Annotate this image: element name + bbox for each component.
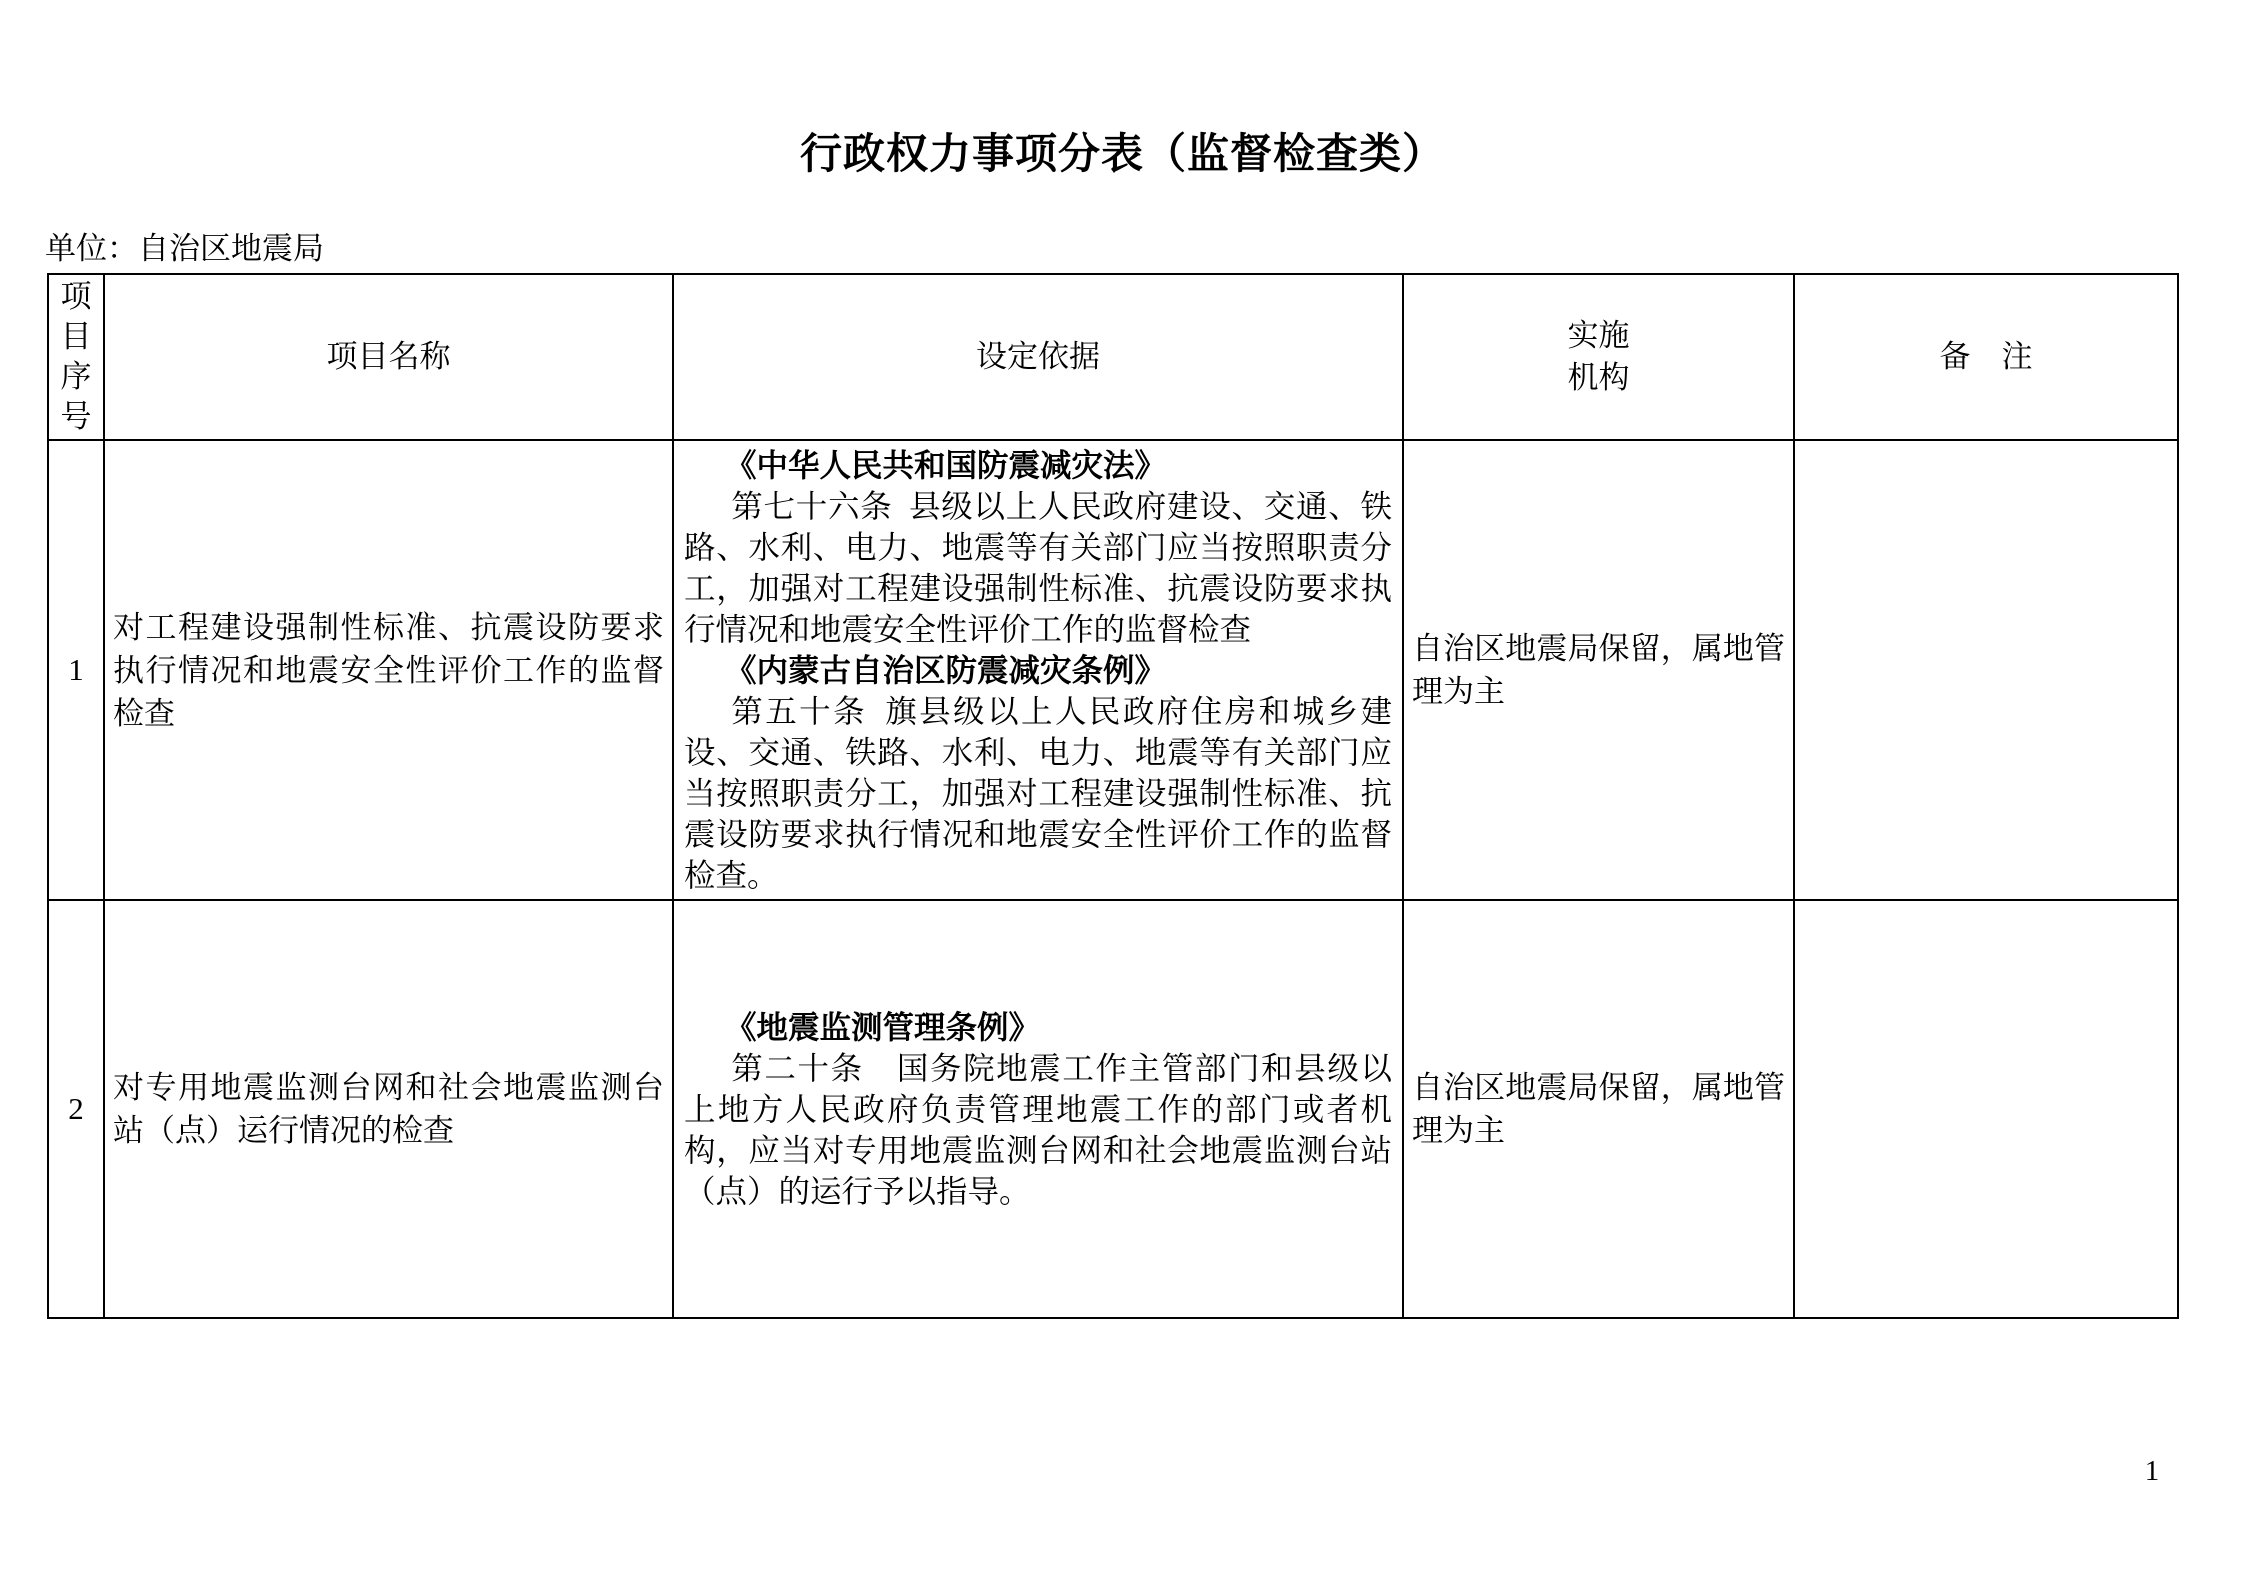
article-text: 第五十条 旗县级以上人民政府住房和城乡建设、交通、铁路、水利、电力、地震等有关部…: [684, 691, 1392, 896]
agency-cell: 自治区地震局保留，属地管理为主: [1403, 900, 1794, 1318]
header-agency: 实施 机构: [1403, 274, 1794, 440]
page-title: 行政权力事项分表（监督检查类）: [0, 132, 2245, 178]
index-cell: 1: [48, 440, 104, 900]
index-cell: 2: [48, 900, 104, 1318]
unit-label: 单位：自治区地震局: [45, 230, 324, 267]
basis-cell: 《中华人民共和国防震减灾法》 第七十六条 县级以上人民政府建设、交通、铁路、水利…: [673, 440, 1403, 900]
document-page: 行政权力事项分表（监督检查类） 单位：自治区地震局 项目序号 项目名称 设定依据…: [0, 0, 2245, 1587]
header-index: 项目序号: [48, 274, 104, 440]
header-remark: 备 注: [1794, 274, 2178, 440]
basis-cell: 《地震监测管理条例》 第二十条 国务院地震工作主管部门和县级以上地方人民政府负责…: [673, 900, 1403, 1318]
article-text: 第二十条 国务院地震工作主管部门和县级以上地方人民政府负责管理地震工作的部门或者…: [684, 1048, 1392, 1212]
items-table: 项目序号 项目名称 设定依据 实施 机构 备 注 1 对工程建设强制性标准、抗震…: [47, 273, 2179, 1319]
table-row: 2 对专用地震监测台网和社会地震监测台站（点）运行情况的检查 《地震监测管理条例…: [48, 900, 2178, 1318]
header-basis: 设定依据: [673, 274, 1403, 440]
agency-cell: 自治区地震局保留，属地管理为主: [1403, 440, 1794, 900]
table-row: 1 对工程建设强制性标准、抗震设防要求执行情况和地震安全性评价工作的监督检查 《…: [48, 440, 2178, 900]
name-cell: 对工程建设强制性标准、抗震设防要求执行情况和地震安全性评价工作的监督检查: [104, 440, 673, 900]
law-title-text: 《中华人民共和国防震减灾法》: [684, 445, 1392, 486]
page-number: 1: [2122, 1455, 2182, 1488]
article-text: 第七十六条 县级以上人民政府建设、交通、铁路、水利、电力、地震等有关部门应当按照…: [684, 486, 1392, 650]
remark-cell: [1794, 900, 2178, 1318]
header-name: 项目名称: [104, 274, 673, 440]
remark-cell: [1794, 440, 2178, 900]
table-header-row: 项目序号 项目名称 设定依据 实施 机构 备 注: [48, 274, 2178, 440]
law-title-text: 《内蒙古自治区防震减灾条例》: [684, 650, 1392, 691]
law-title-text: 《地震监测管理条例》: [684, 1007, 1392, 1048]
name-cell: 对专用地震监测台网和社会地震监测台站（点）运行情况的检查: [104, 900, 673, 1318]
